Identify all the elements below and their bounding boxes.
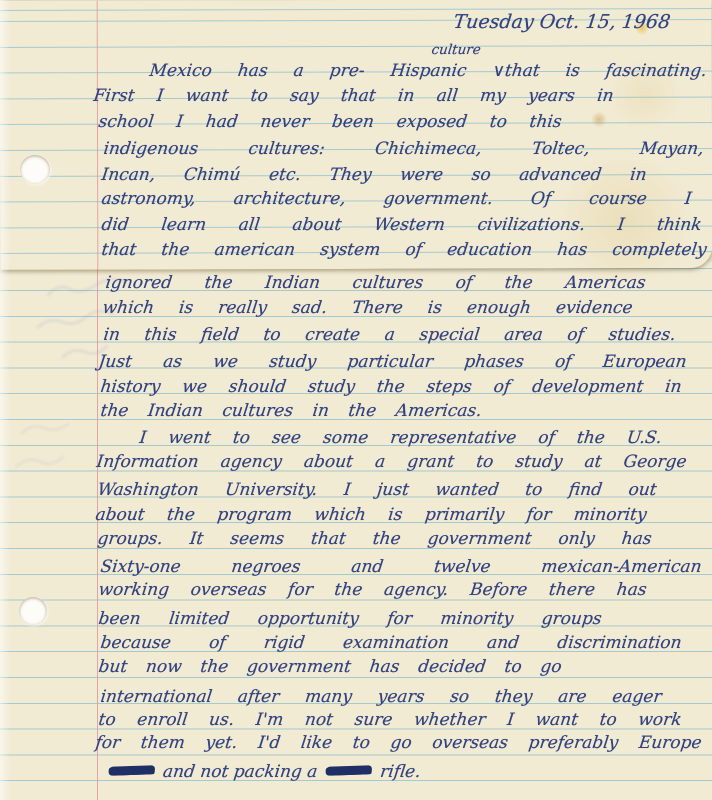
scribbled-out-word xyxy=(108,765,155,776)
handwritten-line: astronomy, architecture, government. Of … xyxy=(100,186,693,212)
handwritten-line: school I had never been exposed to this xyxy=(97,109,563,135)
handwritten-line: been limited opportunity for minority gr… xyxy=(97,606,603,632)
scribbled-out-word xyxy=(326,765,373,776)
handwritten-line: for them yet. I'd like to go overseas pr… xyxy=(94,730,703,756)
handwritten-line: because of rigid examination and discrim… xyxy=(99,630,683,656)
handwritten-line: groups. It seems that the government onl… xyxy=(96,526,653,552)
date-heading: Tuesday Oct. 15, 1968 xyxy=(452,9,707,35)
handwritten-line: I went to see some representative of the… xyxy=(138,425,663,451)
handwritten-line: Washington University. I just wanted to … xyxy=(96,477,658,503)
handwritten-line: which is really sad. There is enough evi… xyxy=(101,295,634,321)
handwritten-line: in this field to create a special area o… xyxy=(102,322,677,348)
handwriting-layer: Tuesday Oct. 15, 1968cultureMexico has a… xyxy=(0,0,712,800)
handwritten-line: that the american system of education ha… xyxy=(100,237,708,263)
handwritten-line: First I want to say that in all my years… xyxy=(92,83,615,109)
diary-page-scan: Tuesday Oct. 15, 1968cultureMexico has a… xyxy=(0,0,712,800)
handwritten-line: but now the government has decided to go xyxy=(97,654,563,680)
handwritten-line: Information agency about a grant to stud… xyxy=(95,449,688,475)
handwritten-line: Just as we study particular phases of Eu… xyxy=(97,349,688,375)
handwritten-line: history we should study the steps of dev… xyxy=(99,374,683,400)
handwritten-line: Incan, Chimú etc. They were so advanced … xyxy=(100,162,648,188)
handwritten-line: the Indian cultures in the Americas. xyxy=(99,398,483,424)
handwritten-line: working overseas for the agency. Before … xyxy=(97,577,648,603)
handwritten-line: about the program which is primarily for… xyxy=(94,502,648,528)
handwritten-line: ignored the Indian cultures of the Ameri… xyxy=(104,270,647,296)
handwritten-line: did learn all about Western civilization… xyxy=(100,212,703,238)
handwritten-line: Mexico has a pre- Hispanic ∨that is fasc… xyxy=(148,58,708,84)
handwritten-line: indigenous cultures: Chichimeca, Toltec,… xyxy=(102,136,705,162)
handwritten-line: and not packing a rifle. xyxy=(104,759,563,785)
